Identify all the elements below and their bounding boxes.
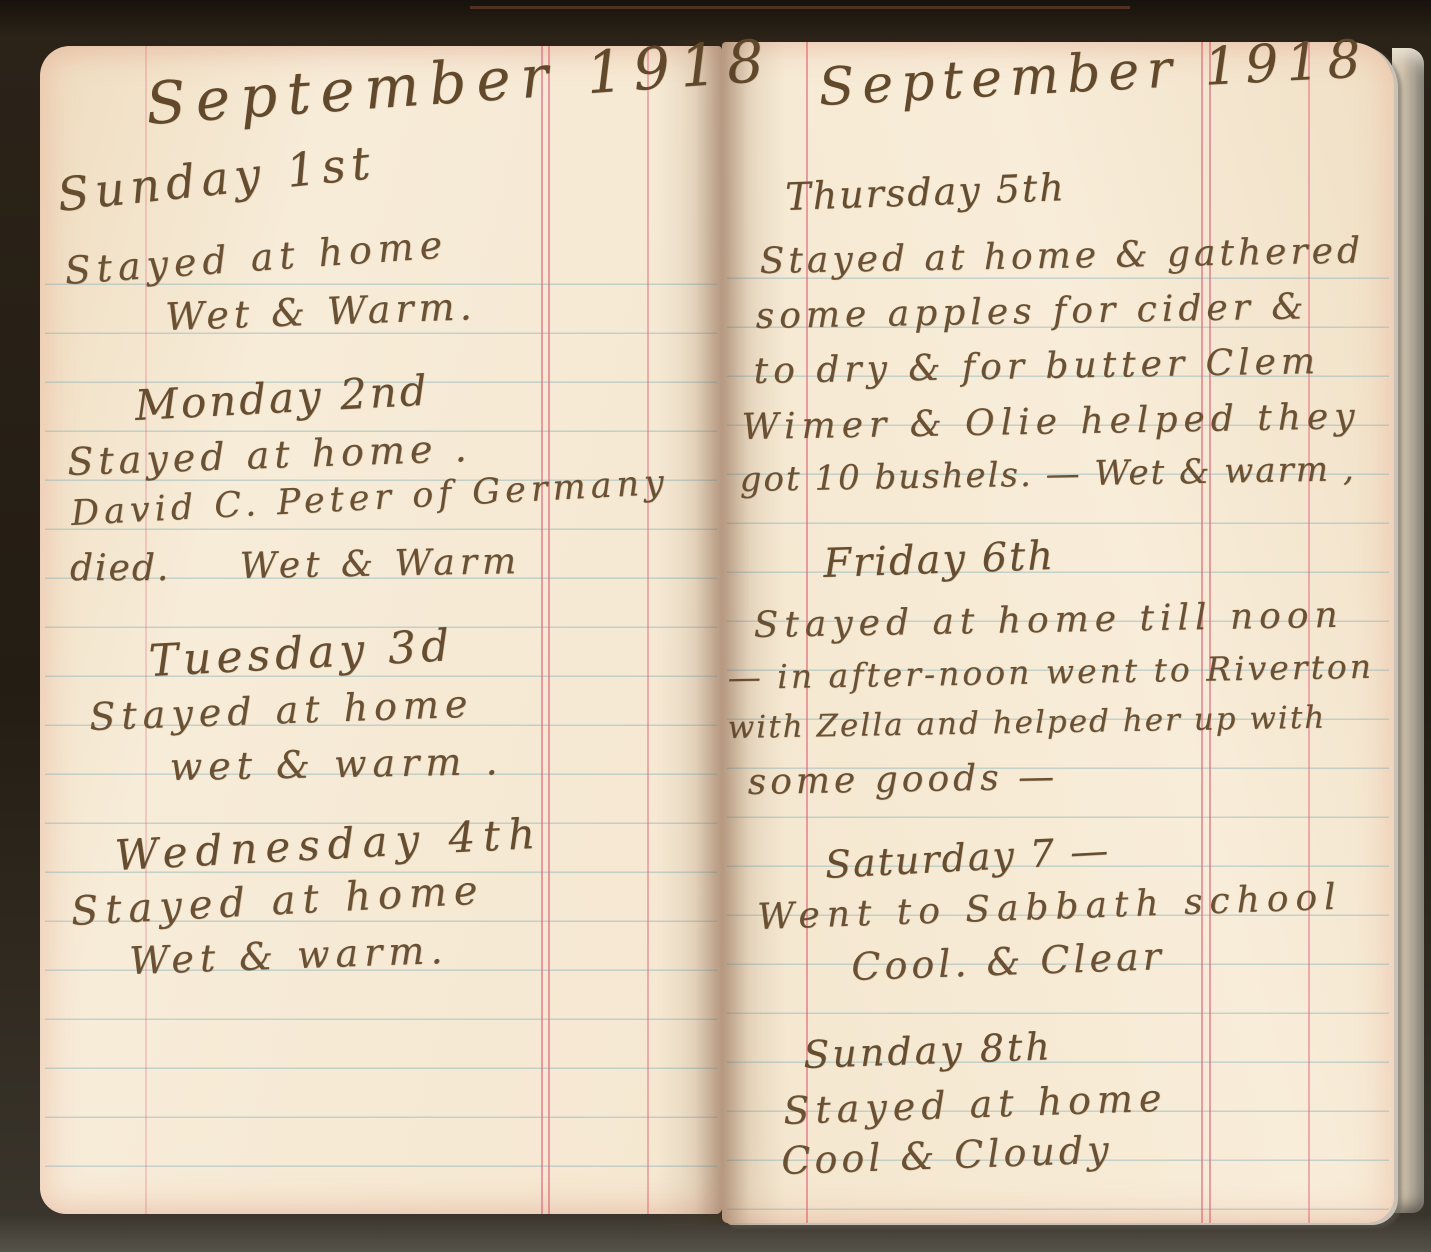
entry-line: Stayed at home till noon [753, 598, 1344, 644]
entry-day: Sunday 8th [803, 1027, 1054, 1074]
cover-seam [470, 6, 1130, 9]
diary-open-book: September 1918 Sunday 1st Stayed at home… [0, 0, 1431, 1252]
margin-line [145, 46, 147, 1214]
entry-day: Thursday 5th [785, 168, 1067, 216]
margin-line [541, 46, 543, 1214]
margin-line [548, 46, 550, 1214]
entry-line: Wet & Warm. [165, 287, 478, 336]
entry-line: some goods — [747, 760, 1058, 801]
entry-line: to dry & for butter Clem [753, 344, 1320, 390]
entry-line: Cool & Cloudy [781, 1130, 1113, 1180]
entry-line: Cool. & Clear [851, 937, 1166, 986]
page-edges-stack [1392, 48, 1424, 1213]
entry-line: — in after-noon went to Riverton [727, 650, 1374, 694]
entry-day: Friday 6th [823, 536, 1056, 584]
entry-line: some apples for cider & [755, 289, 1308, 335]
entry-line: Wet & Warm [239, 544, 521, 585]
entry-line: died. [70, 551, 170, 587]
entry-line: Stayed at home & gathered [759, 233, 1364, 280]
entry-line: wet & warm . [169, 742, 503, 786]
entry-line: Wet & warm. [129, 931, 449, 980]
margin-line [647, 46, 649, 1214]
entry-line: got 10 bushels. — Wet & warm , [739, 452, 1355, 497]
